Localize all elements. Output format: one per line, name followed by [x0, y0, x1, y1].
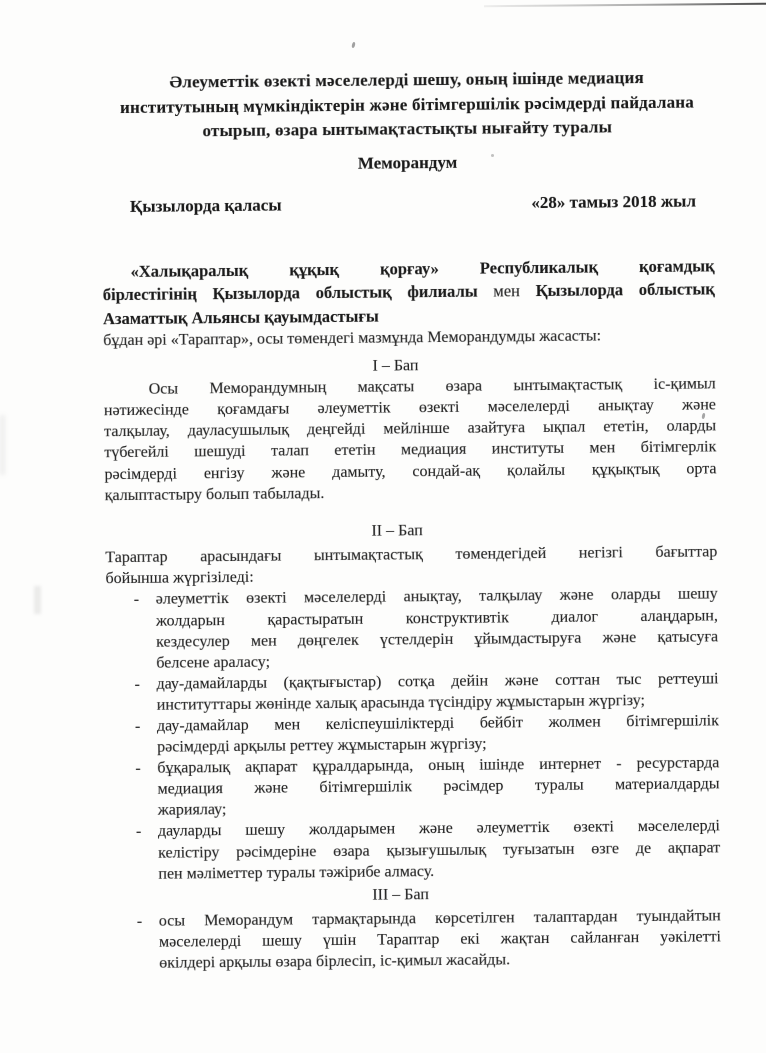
list-item: -бұқаралық ақпарат құралдарында, оның іш… [107, 752, 720, 821]
text-line: пен мәліметтер туралы тәжірибе алмасу. [158, 858, 720, 884]
place-date-row: Қызылорда қаласы «28» тамыз 2018 жыл [102, 188, 714, 219]
section-1-paragraph: Осы Меморандумның мақсаты өзара ынтымақт… [104, 373, 717, 506]
bullet-marker: - [135, 716, 157, 737]
text-segment: бірлестігінің Қызылорда облыстық филиалы [103, 282, 494, 305]
section-heading-3: III – Бап [108, 881, 692, 908]
text-segment: мен [493, 281, 535, 300]
list-item-text: бұқаралық ақпарат құралдарында, оның іші… [157, 752, 720, 821]
bullet-marker: - [137, 910, 159, 931]
bullet-marker: - [134, 674, 156, 695]
text-segment: Қызылорда облыстық [536, 280, 715, 301]
list-item: -дау-дамайларды (қақтығыстар) сотқа дейі… [106, 668, 718, 716]
parties-paragraph: «Халықаралық құқық қорғау» Республикалық… [102, 254, 715, 352]
document-type-heading: Меморандум [101, 147, 713, 178]
list-item-text: дау-дамайларды (қақтығыстар) сотқа дейін… [156, 668, 718, 716]
list-item: -дау-дамайлар мен келіспеушіліктерді бей… [107, 710, 719, 758]
text-line: бұдан әрі «Тараптар», осы төмендегі мазм… [103, 325, 715, 352]
date-label: «28» тамыз 2018 жыл [531, 188, 696, 215]
document-content: Әлеуметтік өзекті мәселелерді шешу, оның… [100, 0, 721, 974]
list-item-text: дау-дамайлар мен келіспеушіліктерді бейб… [157, 710, 719, 758]
place-label: Қызылорда қаласы [102, 192, 282, 219]
document-title: Әлеуметтік өзекті мәселелерді шешу, оның… [101, 65, 714, 145]
list-item: -әлеуметтік өзекті мәселелерді анықтау, … [106, 584, 719, 674]
section-2-bullet-list: -әлеуметтік өзекті мәселелерді анықтау, … [106, 584, 721, 885]
scanned-document-page: Әлеуметтік өзекті мәселелерді шешу, оның… [0, 0, 766, 1053]
list-item-text: осы Меморандум тармақтарында көрсетілген… [159, 905, 722, 974]
list-item: -осы Меморандум тармақтарында көрсетілге… [109, 905, 722, 974]
scan-artifact-smudge [0, 415, 5, 475]
section-2-intro: Тараптар арасындағы ынтымақтастық төменд… [105, 541, 717, 589]
text-line: өкілдері арқылы өзара бірлесіп, іс-қимыл… [159, 947, 721, 973]
bullet-marker: - [136, 821, 158, 842]
bullet-marker: - [135, 758, 157, 779]
list-item-text: әлеуметтік өзекті мәселелерді анықтау, т… [156, 584, 719, 674]
section-3-bullet-list: -осы Меморандум тармақтарында көрсетілге… [109, 905, 722, 974]
bullet-marker: - [134, 589, 156, 610]
list-item: -дауларды шешу жолдарымен және әлеуметті… [108, 816, 721, 885]
list-item-text: дауларды шешу жолдарымен және әлеуметтік… [158, 816, 721, 885]
section-heading-2: II – Бап [105, 518, 689, 545]
scan-artifact-smudge [34, 586, 41, 614]
